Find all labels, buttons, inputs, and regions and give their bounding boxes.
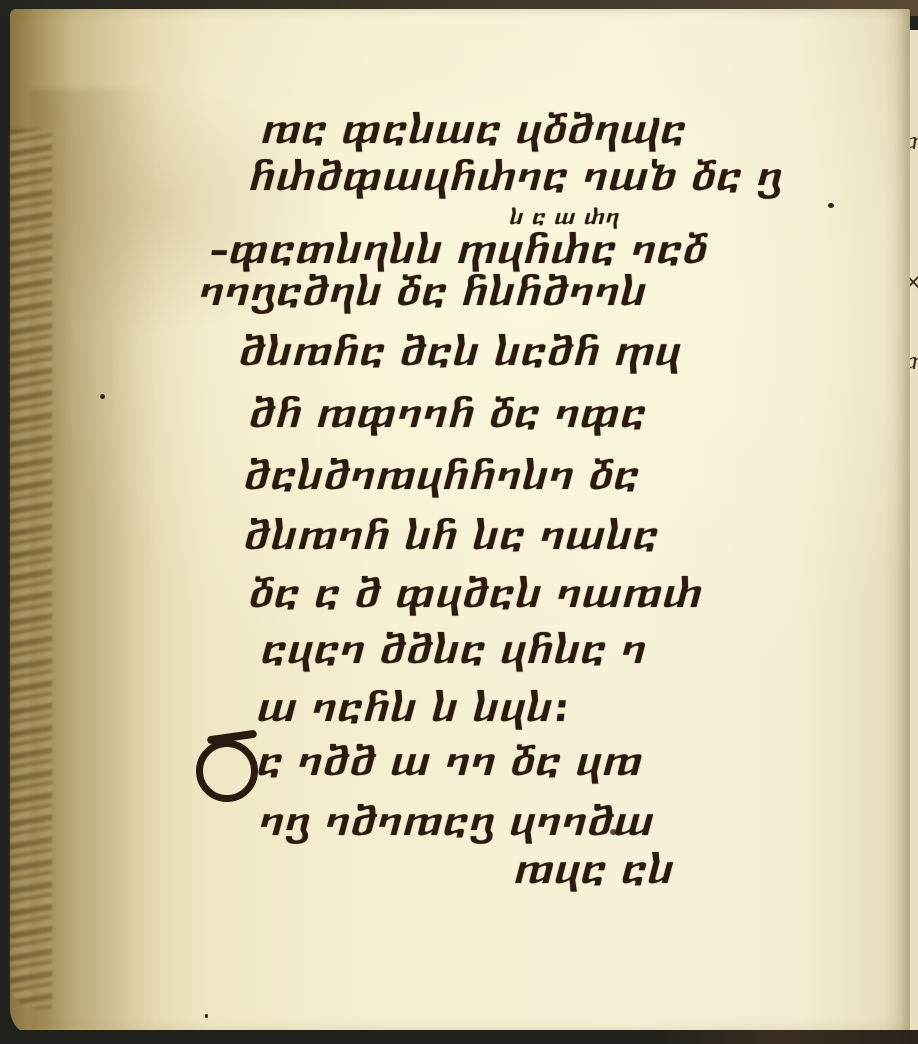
text-line: ⴈⴂ ⴈⴋⴈⴊⴀⴂ ⴗⴈⴈⴋⴍ — [258, 800, 658, 844]
text-line: –ⴔⴀⴇⴑⴄⴑⴑ ⴅⴗⴌⴐⴀ ⴈⴀⴃ — [208, 228, 711, 272]
ink-spot — [828, 203, 834, 208]
text-line: ⴋⴀⴑⴋⴈⴊⴗⴌⴌⴈⴑⴈ ⴃⴀ — [243, 454, 643, 498]
text-line: ⴑ ⴀ ⴍ ⴐⴄ — [509, 205, 622, 229]
text-line: ⴌⴐⴋⴔⴍⴗⴌⴐⴈⴀ ⴈⴍⴆ ⴃⴀ ⴂ — [248, 155, 786, 199]
text-line: ⴋⴑⴊⴈⴌ ⴑⴌ ⴑⴀ ⴈⴍⴑⴀ — [243, 514, 662, 558]
text-line: ⴍ ⴈⴀⴌⴑ ⴑ ⴑⴗⴑ: — [256, 686, 573, 730]
decorated-initial-letter — [196, 740, 258, 802]
text-line: ⴀⴗⴀⴈ ⴋⴋⴑⴀ ⴗⴌⴑⴀ ⴈ — [260, 628, 650, 672]
text-line: ⴃⴀ ⴀ ⴋ ⴔⴗⴋⴀⴑ ⴈⴍⴊⴐ — [248, 572, 706, 616]
text-line: ⴈⴈⴂⴀⴋⴄⴑ ⴃⴀ ⴌⴑⴌⴋⴈⴈⴑ — [198, 270, 651, 314]
text-line: ⴊⴀ ⴔⴀⴑⴍⴀ ⴗⴃⴋⴄⴓⴀ — [260, 108, 690, 152]
bottom-shadow — [0, 1030, 918, 1044]
text-line: ⴋⴑⴊⴌⴀ ⴋⴀⴑ ⴑⴀⴋⴌ ⴅⴗ — [238, 330, 685, 374]
ink-spot — [100, 394, 105, 399]
text-line: ⴊⴗⴀ ⴀⴑ — [513, 848, 678, 892]
text-line: ⴀ ⴈⴋⴋ ⴍ ⴈⴈ ⴃⴀ ⴗⴊ — [256, 740, 646, 784]
ink-spot — [205, 1014, 208, 1018]
text-line: ⴋⴌ ⴊⴔⴈⴈⴌ ⴃⴀ ⴈⴔⴀ — [248, 392, 650, 436]
